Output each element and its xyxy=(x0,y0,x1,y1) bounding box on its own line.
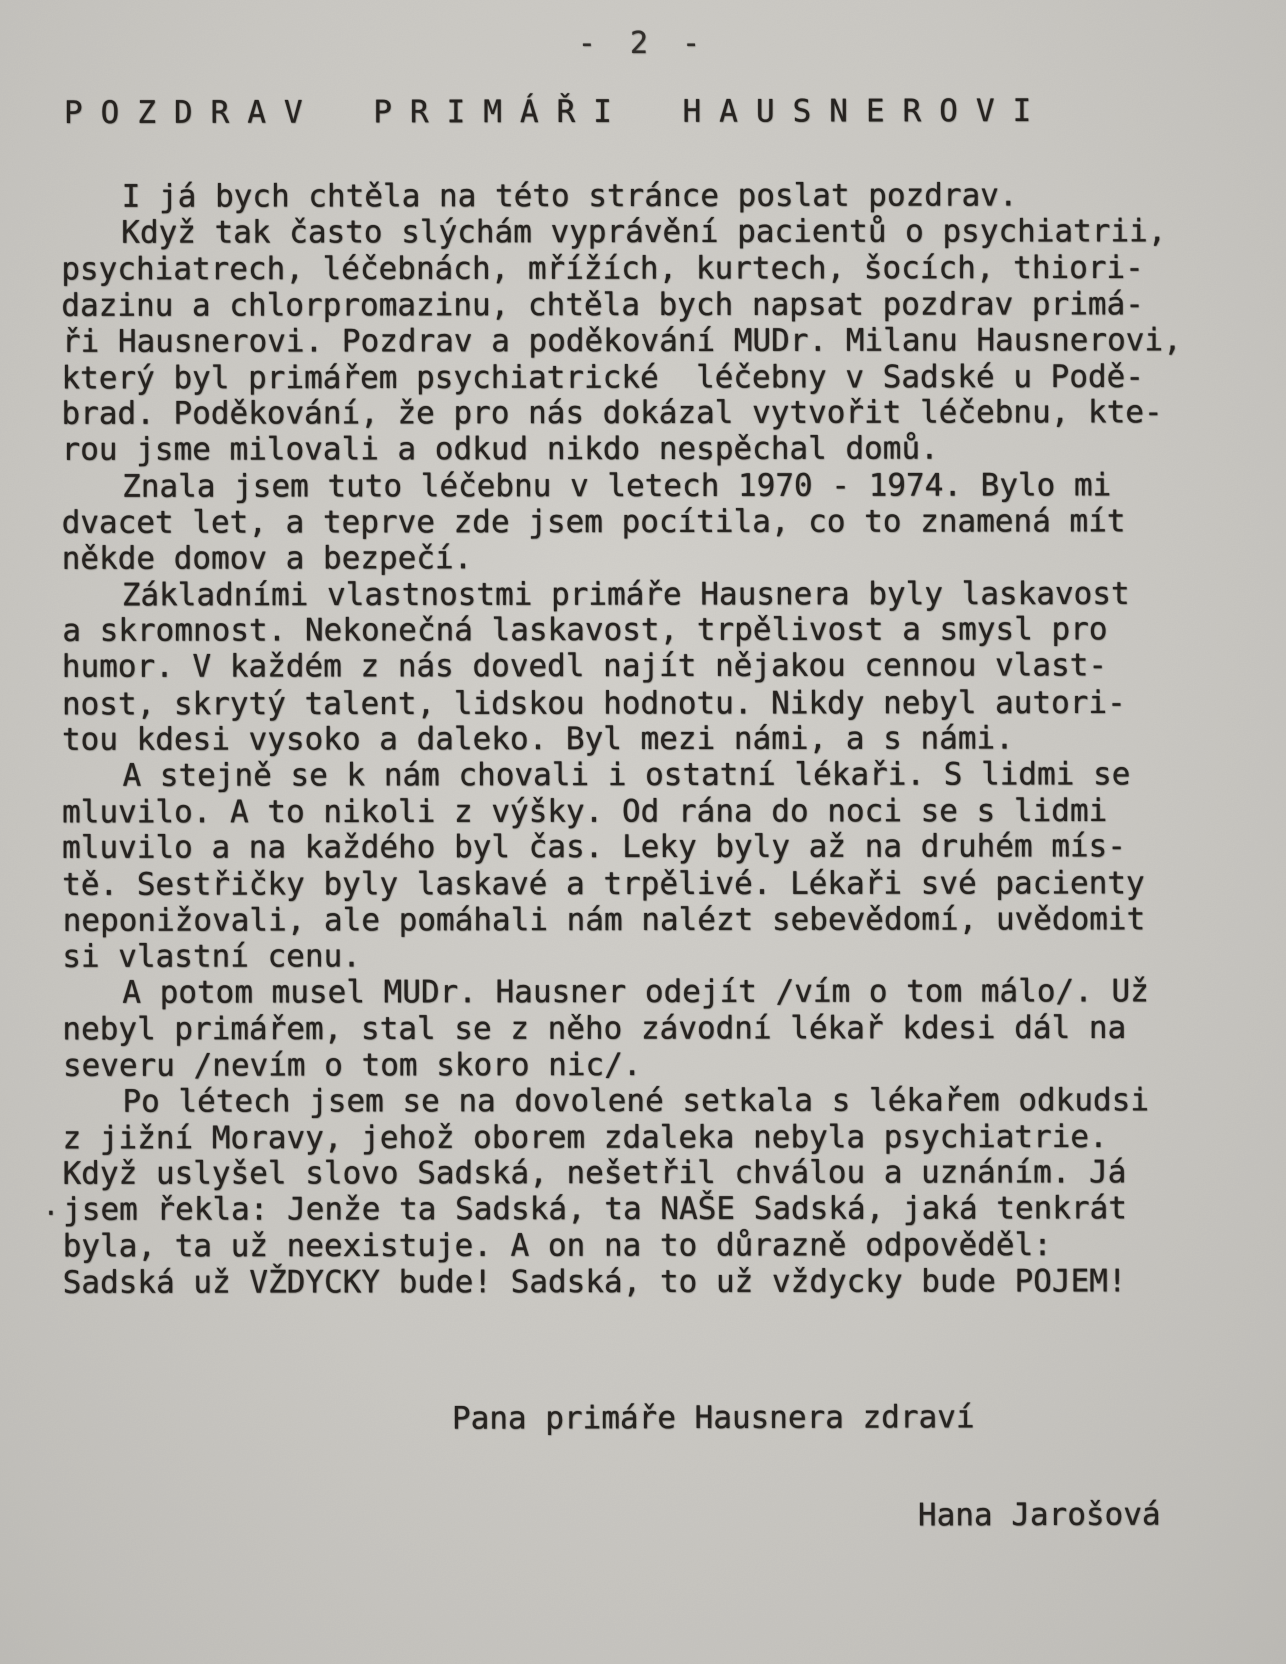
document-page: - 2 - POZDRAV PRIMÁŘI HAUSNEROVI I já by… xyxy=(0,0,1286,1664)
text-line: mluvilo. A to nikoli z výšky. Od rána do… xyxy=(62,793,1252,831)
text-line: A potom musel MUDr. Hausner odejít /vím … xyxy=(62,973,1252,1011)
page-number: - 2 - xyxy=(0,26,1286,61)
text-line: psychiatrech, léčebnách, mřížích, kurtec… xyxy=(61,250,1251,288)
signature-name: Hana Jarošová xyxy=(918,1497,1161,1534)
text-line: neponižovali, ale pomáhali nám nalézt se… xyxy=(63,901,1253,939)
text-line: Základními vlastnostmi primáře Hausnera … xyxy=(62,576,1252,614)
text-line: mluvilo a na každého byl čas. Leky byly … xyxy=(62,829,1252,867)
page-title: POZDRAV PRIMÁŘI HAUSNEROVI xyxy=(64,93,1049,131)
text-line: z jižní Moravy, jehož oborem zdaleka neb… xyxy=(63,1119,1253,1157)
text-line: Po létech jsem se na dovolené setkala s … xyxy=(62,1082,1252,1120)
closing-salutation: Pana primáře Hausnera zdraví xyxy=(452,1399,975,1436)
text-line: A stejně se k nám chovali i ostatní léka… xyxy=(63,756,1253,794)
text-line: si vlastní cenu. xyxy=(62,937,1252,975)
text-line: ·jsem řekla: Jenže ta Sadská, ta NAŠE Sa… xyxy=(63,1190,1253,1228)
letter-body: I já bych chtěla na této stránce poslat … xyxy=(61,177,1253,1300)
text-line: Znala jsem tuto léčebnu v letech 1970 - … xyxy=(62,467,1252,505)
text-line: tou kdesi vysoko a daleko. Byl mezi námi… xyxy=(62,720,1252,758)
text-line: rou jsme milovali a odkud nikdo nespěcha… xyxy=(62,430,1252,468)
text-line: I já bych chtěla na této stránce poslat … xyxy=(62,177,1252,215)
text-line: dazinu a chlorpromazinu, chtěla bych nap… xyxy=(61,286,1251,324)
text-line: byla, ta už neexistuje. A on na to důraz… xyxy=(63,1227,1253,1265)
text-line: Když uslyšel slovo Sadská, nešetřil chvá… xyxy=(63,1154,1253,1192)
text-line: nebyl primářem, stal se z něho závodní l… xyxy=(62,1010,1252,1048)
text-line: někde domov a bezpečí. xyxy=(62,539,1252,577)
text-line: dvacet let, a teprve zde jsem pocítila, … xyxy=(62,503,1252,541)
text-line: severu /nevím o tom skoro nic/. xyxy=(63,1046,1253,1084)
text-line: tě. Sestřičky byly laskavé a trpělivé. L… xyxy=(62,865,1252,903)
text-line: a skromnost. Nekonečná laskavost, trpěli… xyxy=(62,611,1252,649)
text-line: Když tak často slýchám vyprávění pacient… xyxy=(61,213,1251,251)
text-line: nost, skrytý talent, lidskou hodnotu. Ni… xyxy=(62,684,1252,722)
stray-ink-mark: · xyxy=(43,1196,59,1232)
text-line: humor. V každém z nás dovedl najít nějak… xyxy=(62,648,1252,686)
text-line: Sadská už VŽDYCKY bude! Sadská, to už vž… xyxy=(63,1263,1253,1301)
text-line: který byl primářem psychiatrické léčebny… xyxy=(61,359,1251,397)
text-line: brad. Poděkování, že pro nás dokázal vyt… xyxy=(62,394,1252,432)
text-line: ři Hausnerovi. Pozdrav a poděkování MUDr… xyxy=(62,322,1252,360)
